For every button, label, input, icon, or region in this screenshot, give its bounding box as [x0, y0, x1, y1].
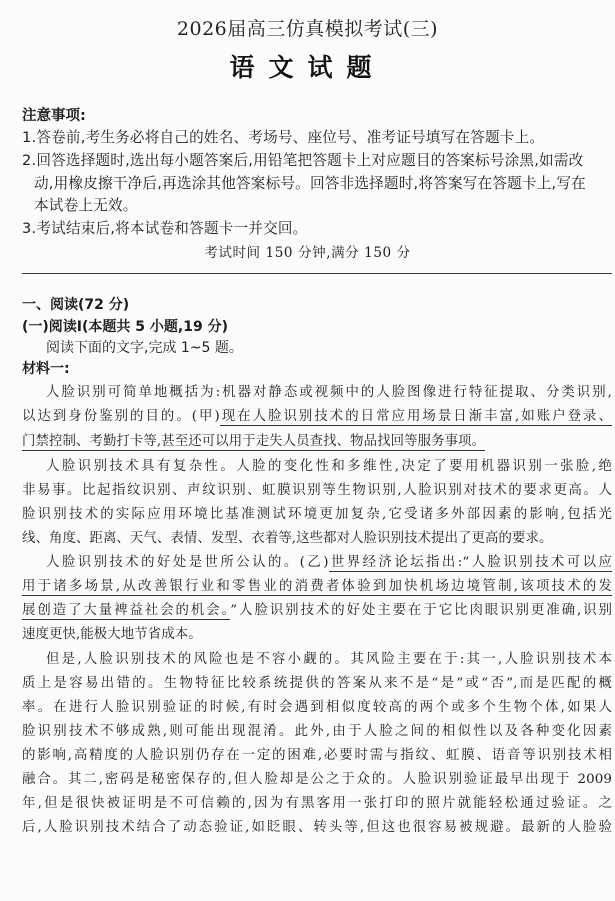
passage-line: 但是,人脸识别技术的风险也是不容小觑的。其风险主要在于:其一,人脸识别技术本	[46, 648, 612, 667]
notice-heading: 注意事项:	[22, 104, 86, 125]
passage-line: 率。在进行人脸识别验证的时候,有时会遇到相似度较高的两个或多个生物个体,如果人	[22, 696, 612, 715]
underlined-sentence-yi: 世界经济论坛指出:“人脸识别技术可以应	[329, 555, 612, 572]
exam-title: 2026届高三仿真模拟考试(三)	[0, 14, 615, 41]
underlined-sentence-yi-end: 展创造了大量裨益社会的机会。	[22, 603, 230, 620]
exam-page: 2026届高三仿真模拟考试(三) 语文试题 注意事项: 1.答卷前,考生务必将自…	[0, 0, 615, 901]
passage-line: 年,但是很快被证明是不可信赖的,因为有黑客用一张打印的照片就能轻松通过验证。之	[22, 792, 612, 811]
passage-line: 门禁控制、考勤打卡等,甚至还可以用于走失人员查找、物品找回等服务事项。	[22, 430, 612, 449]
passage-line: 脸识别技术的实际应用环境比基准测试环境更加复杂,它受诸多外部因素的影响,包括光	[22, 503, 612, 522]
notice-item-2-cont2: 本试卷上无效。	[34, 194, 138, 215]
passage-text: ”人脸识别技术的好处主要在于它比肉眼识别更准确,识别	[230, 603, 612, 618]
passage-line: 非易事。比起指纹识别、声纹识别、虹膜识别等生物识别,人脸识别对技术的要求更高。人	[22, 479, 612, 498]
section-heading: 一、阅读(72 分)	[22, 294, 129, 314]
notice-item-3: 3.考试结束后,将本试卷和答题卡一并交回。	[22, 217, 307, 238]
underlined-sentence-yi-cont: 用于诸多场景,从改善银行业和零售业的消费者体验到加快机场边境管制,该项技术的发	[22, 579, 612, 596]
passage-line: 人脸识别技术具有复杂性。人脸的变化性和多维性,决定了要用机器识别一张脸,绝	[46, 455, 612, 474]
underlined-sentence-jia: 现在人脸识别技术的日常应用场景日渐丰富,如账户登录、	[220, 409, 612, 426]
passage-line: 后,人脸识别技术结合了动态验证,如眨眼、转头等,但这也很容易被规避。最新的人脸验	[22, 816, 612, 835]
header-divider	[22, 273, 612, 274]
notice-item-1: 1.答卷前,考生务必将自己的姓名、考场号、座位号、准考证号填写在答题卡上。	[22, 126, 544, 147]
section-subheading: (一)阅读Ⅰ(本题共 5 小题,19 分)	[22, 316, 228, 336]
passage-line: 脸识别技术不够成熟,则可能出现混淆。此外,由于人脸之间的相似性以及各种变化因素	[22, 720, 612, 739]
passage-line: 人脸识别可简单地概括为:机器对静态或视频中的人脸图像进行特征提取、分类识别,	[46, 381, 612, 400]
passage-line: 人脸识别技术的好处是世所公认的。(乙)世界经济论坛指出:“人脸识别技术可以应	[46, 551, 612, 570]
passage-line: 以达到身份鉴别的目的。(甲)现在人脸识别技术的日常应用场景日渐丰富,如账户登录、	[22, 405, 612, 424]
passage-line: 速度更快,能极大地节省成本。	[22, 623, 612, 642]
passage-text: 以达到身份鉴别的目的。(甲)	[22, 409, 220, 424]
passage-line: 线、角度、距离、天气、表情、发型、衣着等,这些都对人脸识别技术提出了更高的要求。	[22, 527, 612, 546]
notice-item-2: 2.回答选择题时,选出每小题答案后,用铅笔把答题卡上对应题目的答案标号涂黑,如需…	[22, 149, 583, 170]
underlined-sentence-jia-cont: 门禁控制、考勤打卡等,甚至还可以用于走失人员查找、物品找回等服务事项。	[22, 434, 485, 451]
notice-item-2-cont: 动,用橡皮擦干净后,再选涂其他答案标号。回答非选择题时,将答案写在答题卡上,写在	[34, 172, 586, 193]
material-label: 材料一:	[22, 358, 70, 378]
passage-line: 质上是容易出错的。生物特征比较系统提供的答案从来不是“是”或“否”,而是匹配的概	[22, 672, 612, 691]
section-instruction: 阅读下面的文字,完成 1~5 题。	[46, 337, 243, 357]
subject-title: 语文试题	[0, 48, 615, 84]
passage-line: 融合。其二,密码是秘密保存的,但人脸却是公之于众的。人脸识别验证最早出现于 20…	[22, 768, 612, 787]
passage-line: 用于诸多场景,从改善银行业和零售业的消费者体验到加快机场边境管制,该项技术的发	[22, 575, 612, 594]
passage-text: 人脸识别技术的好处是世所公认的。(乙)	[46, 555, 329, 570]
passage-line: 的影响,高精度的人脸识别仍存在一定的困难,必要时需与指纹、虹膜、语音等识别技术相	[22, 744, 612, 763]
passage-line: 展创造了大量裨益社会的机会。”人脸识别技术的好处主要在于它比肉眼识别更准确,识别	[22, 599, 612, 618]
exam-time-info: 考试时间 150 分钟,满分 150 分	[0, 241, 615, 261]
